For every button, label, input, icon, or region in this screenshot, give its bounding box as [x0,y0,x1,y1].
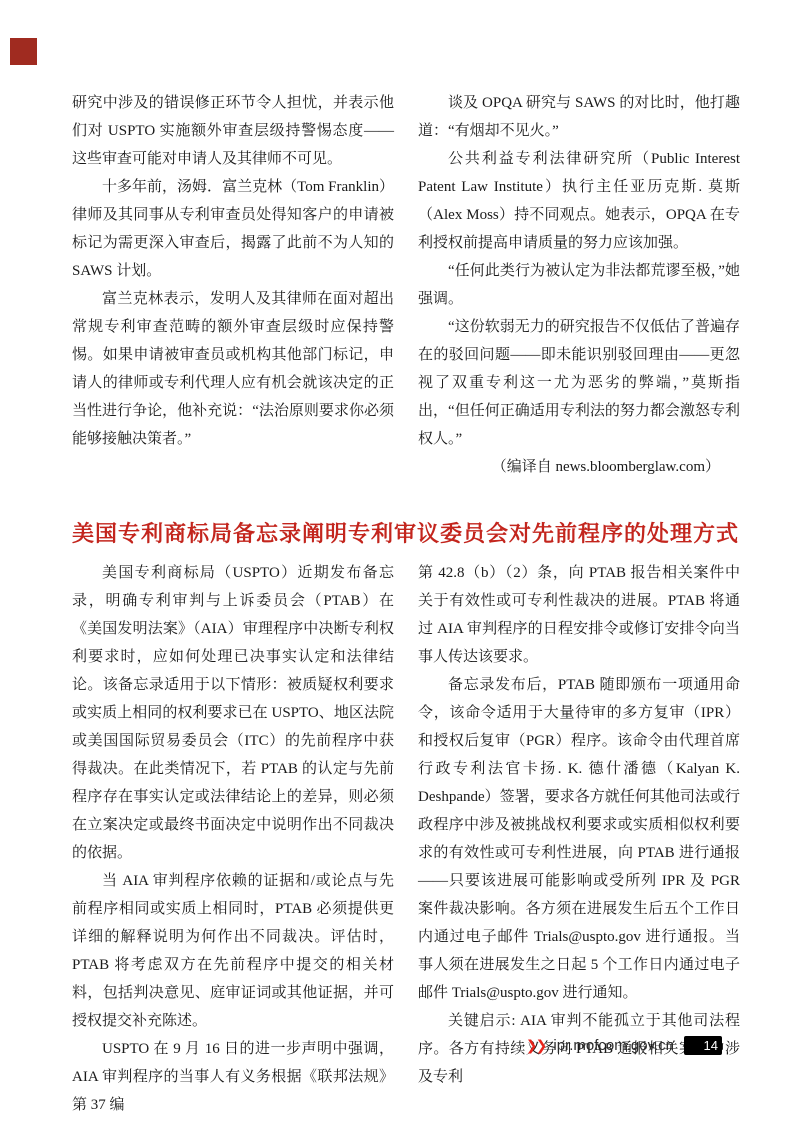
article2-left-column: 美国专利商标局（USPTO）近期发布备忘录，明确专利审判与上诉委员会（PTAB）… [72,559,394,1119]
paragraph: USPTO 在 9 月 16 日的进一步声明中强调，AIA 审判程序的当事人有义… [72,1035,394,1119]
paragraph: 谈及 OPQA 研究与 SAWS 的对比时，他打趣道：“有烟却不见火。” [418,89,740,145]
paragraph: 第 42.8（b）（2）条，向 PTAB 报告相关案件中关于有效性或可专利性裁决… [418,559,740,671]
paragraph: 当 AIA 审判程序依赖的证据和/或论点与先前程序相同或实质上相同时，PTAB … [72,867,394,1035]
page-footer: ❯❯ ipr.mofcom.gov.cn 14 [526,1036,722,1055]
paragraph: 十多年前，汤姆．富兰克林（Tom Franklin）律师及其同事从专利审查员处得… [72,173,394,285]
article2-columns: 美国专利商标局（USPTO）近期发布备忘录，明确专利审判与上诉委员会（PTAB）… [72,559,740,1119]
article1-columns: 研究中涉及的错误修正环节令人担忧，并表示他们对 USPTO 实施额外审查层级持警… [72,89,740,481]
article1-right-column: 谈及 OPQA 研究与 SAWS 的对比时，他打趣道：“有烟却不见火。” 公共利… [418,89,740,481]
paragraph: 备忘录发布后，PTAB 随即颁布一项通用命令，该命令适用于大量待审的多方复审（I… [418,671,740,1007]
paragraph: 研究中涉及的错误修正环节令人担忧，并表示他们对 USPTO 实施额外审查层级持警… [72,89,394,173]
paragraph: “任何此类行为被认定为非法都荒谬至极，”她强调。 [418,257,740,313]
page-number-badge: 14 [684,1036,722,1055]
footer-site-label: ipr.mofcom.gov.cn [553,1037,674,1054]
article-1: 研究中涉及的错误修正环节令人担忧，并表示他们对 USPTO 实施额外审查层级持警… [72,89,740,481]
article-2: 美国专利商标局（USPTO）近期发布备忘录，明确专利审判与上诉委员会（PTAB）… [72,559,740,1119]
corner-accent-square [10,38,37,65]
paragraph: 美国专利商标局（USPTO）近期发布备忘录，明确专利审判与上诉委员会（PTAB）… [72,559,394,867]
page-content: 研究中涉及的错误修正环节令人担忧，并表示他们对 USPTO 实施额外审查层级持警… [72,89,740,1119]
source-attribution: （编译自 news.bloomberglaw.com） [418,453,740,481]
article2-right-column: 第 42.8（b）（2）条，向 PTAB 报告相关案件中关于有效性或可专利性裁决… [418,559,740,1119]
page-title: 美国专利商标局备忘录阐明专利审议委员会对先前程序的处理方式 [72,519,740,549]
chevron-right-icon: ❯❯ [526,1037,545,1054]
paragraph: 公共利益专利法律研究所（Public Interest Patent Law I… [418,145,740,257]
paragraph: “这份软弱无力的研究报告不仅低估了普遍存在的驳回问题——即未能识别驳回理由——更… [418,313,740,453]
paragraph: 富兰克林表示，发明人及其律师在面对超出常规专利审查范畴的额外审查层级时应保持警惕… [72,285,394,453]
article1-left-column: 研究中涉及的错误修正环节令人担忧，并表示他们对 USPTO 实施额外审查层级持警… [72,89,394,481]
